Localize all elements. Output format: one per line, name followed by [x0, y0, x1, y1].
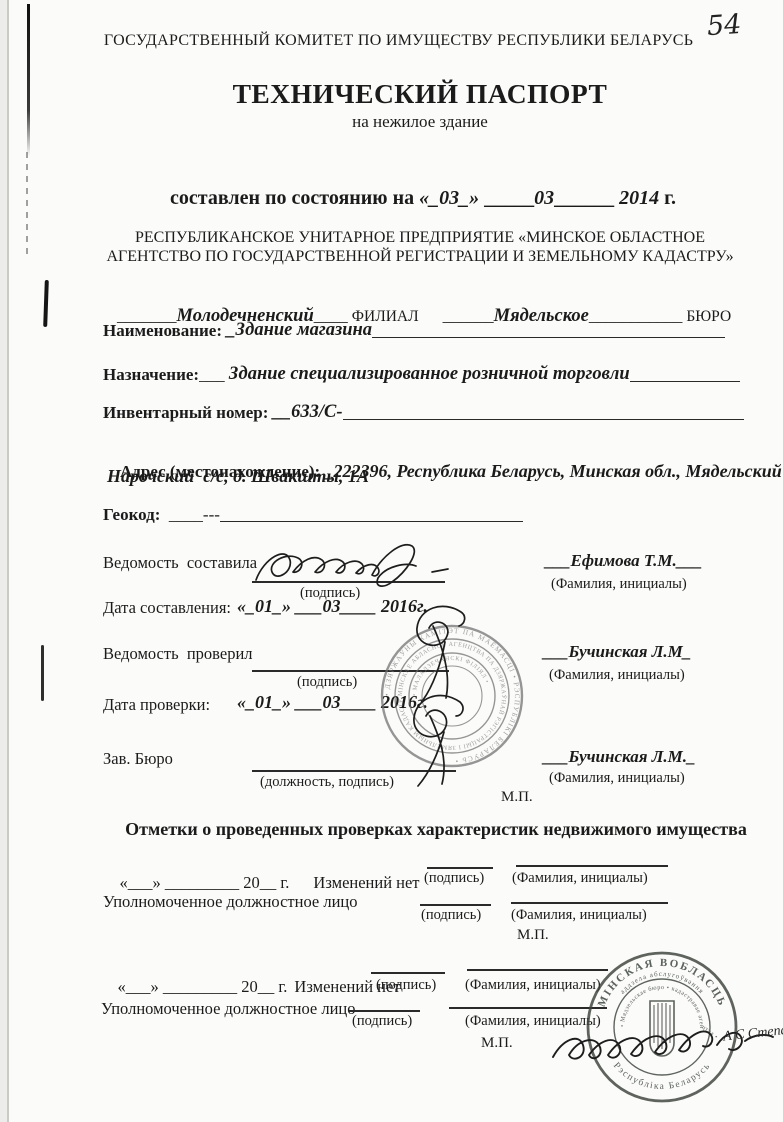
inventory-field-row: Инвентарный номер: __633/С-: [103, 402, 744, 423]
compile-date-label: Дата составления:: [103, 598, 231, 618]
check-b1-sig-caption: (подпись): [424, 870, 484, 887]
name-label: Наименование:: [103, 321, 222, 341]
mp-mark-1: М.П.: [501, 789, 533, 806]
purpose-label: Назначение:: [103, 365, 199, 385]
check-b1-official-name-caption: (Фамилия, инициалы): [511, 907, 647, 924]
compiled-on-line: составлен по состоянию на «_03_» _____03…: [150, 164, 676, 233]
margin-ink-mark-1: [43, 280, 49, 327]
compiled-by-signature: [246, 536, 461, 598]
name-value: _Здание магазина: [226, 320, 372, 341]
name-caption-3: (Фамилия, инициалы): [549, 770, 685, 787]
geocode-label: Геокод:: [103, 505, 160, 525]
geocode-value: ____---: [160, 505, 219, 525]
margin-ink-mark-2: [41, 645, 44, 701]
compiled-gap2: ______: [554, 187, 619, 209]
check-date-label: Дата проверки:: [103, 695, 210, 715]
check-b1-official-sig-caption: (подпись): [421, 907, 481, 924]
check-b1-name-line: [516, 865, 668, 867]
pen-line-top-left-fade: [26, 152, 28, 260]
geocode-field-row: Геокод: ____---: [103, 505, 523, 525]
check-b1-official-signature-line: [420, 904, 491, 906]
doc-subtitle: на нежилое здание: [60, 112, 780, 132]
check-date-blank-2: «___» _________ 20__ г.: [118, 977, 288, 996]
purpose-blank-line: [630, 381, 740, 382]
signature-caption-2: (подпись): [297, 674, 357, 691]
name-field-row: Наименование: _Здание магазина: [103, 320, 725, 341]
check-b2-sig-caption: (подпись): [376, 977, 436, 994]
compiled-suffix: г.: [659, 187, 676, 209]
position-signature-caption: (должность, подпись): [260, 774, 394, 791]
inventory-value: __633/С-: [273, 402, 343, 423]
name-blank-line: [372, 337, 725, 338]
check-b2-signature-line: [371, 972, 445, 974]
purpose-value: Здание специализированное розничной торг…: [229, 364, 630, 385]
doc-title: ТЕХНИЧЕСКИЙ ПАСПОРТ: [60, 78, 780, 110]
bureau-head-signature: [376, 686, 488, 790]
geocode-blank-line: [220, 521, 523, 522]
scan-edge-line: [7, 0, 9, 1122]
compiled-month-value: 03: [534, 187, 554, 209]
mp-mark-3: М.П.: [481, 1035, 513, 1052]
header-band: ГОСУДАРСТВЕННЫЙ КОМИТЕТ ПО ИМУЩЕСТВУ РЕС…: [30, 14, 750, 68]
check-date-blank-1: «___» _________ 20__ г.: [120, 873, 290, 892]
check-b1-official-name-line: [511, 902, 668, 904]
check-block2-official-label: Уполномоченное должностное лицо: [101, 999, 356, 1019]
check-b2-official-sig-caption: (подпись): [352, 1013, 412, 1030]
bureau-head-label: Зав. Бюро: [103, 749, 173, 769]
scanned-technical-passport-page: ГОСУДАРСТВЕННЫЙ КОМИТЕТ ПО ИМУЩЕСТВУ РЕС…: [0, 0, 783, 1122]
check-b2-official-signature-line: [349, 1010, 420, 1012]
name-caption-1: (Фамилия, инициалы): [551, 576, 687, 593]
name-caption-2: (Фамилия, инициалы): [549, 667, 685, 684]
checked-by-name: ___Бучинская Л.М_: [543, 642, 691, 662]
committee-header-text: ГОСУДАРСТВЕННЫЙ КОМИТЕТ ПО ИМУЩЕСТВУ РЕС…: [104, 32, 693, 49]
compiled-year-value: 2014: [619, 187, 659, 209]
bottom-handwritten-signature: [545, 1005, 783, 1083]
compiled-by-label: Ведомость составила: [103, 553, 257, 573]
purpose-field-row: Назначение:___ Здание специализированное…: [103, 364, 740, 385]
no-changes-1: Изменений нет: [313, 873, 419, 892]
address-value-line2: Нарочский с/с, д. Швакшты, 1А: [107, 466, 369, 487]
handwritten-page-number: 54: [706, 9, 742, 42]
check-b1-name-caption: (Фамилия, инициалы): [512, 870, 648, 887]
purpose-underscores: ___: [199, 365, 229, 385]
check-b1-signature-line: [427, 867, 493, 869]
org-name-line1: РЕСПУБЛИКАНСКОЕ УНИТАРНОЕ ПРЕДПРИЯТИЕ «М…: [60, 229, 780, 247]
bureau-head-name: ___Бучинская Л.М._: [543, 747, 695, 767]
mp-mark-2: М.П.: [517, 927, 549, 944]
org-name-line2: АГЕНТСТВО ПО ГОСУДАРСТВЕННОЙ РЕГИСТРАЦИИ…: [60, 248, 780, 266]
compiled-by-name: ___Ефимова Т.М.___: [545, 551, 702, 571]
address-value-line1: _222396, Республика Беларусь, Минская об…: [324, 461, 783, 481]
scan-edge-strip: [0, 0, 7, 1122]
checked-by-label: Ведомость проверил: [103, 644, 253, 664]
check-block1-official-label: Уполномоченное должностное лицо: [103, 892, 358, 912]
compiled-prefix: составлен по состоянию на: [170, 187, 419, 209]
inventory-blank-line: [343, 419, 744, 420]
checks-section-title: Отметки о проведенных проверках характер…: [76, 819, 783, 840]
check-b2-name-caption: (Фамилия, инициалы): [465, 977, 601, 994]
compiled-gap1: _____: [479, 187, 534, 209]
inventory-label: Инвентарный номер:: [103, 403, 268, 423]
compiled-day-value: «_03_»: [419, 187, 479, 209]
